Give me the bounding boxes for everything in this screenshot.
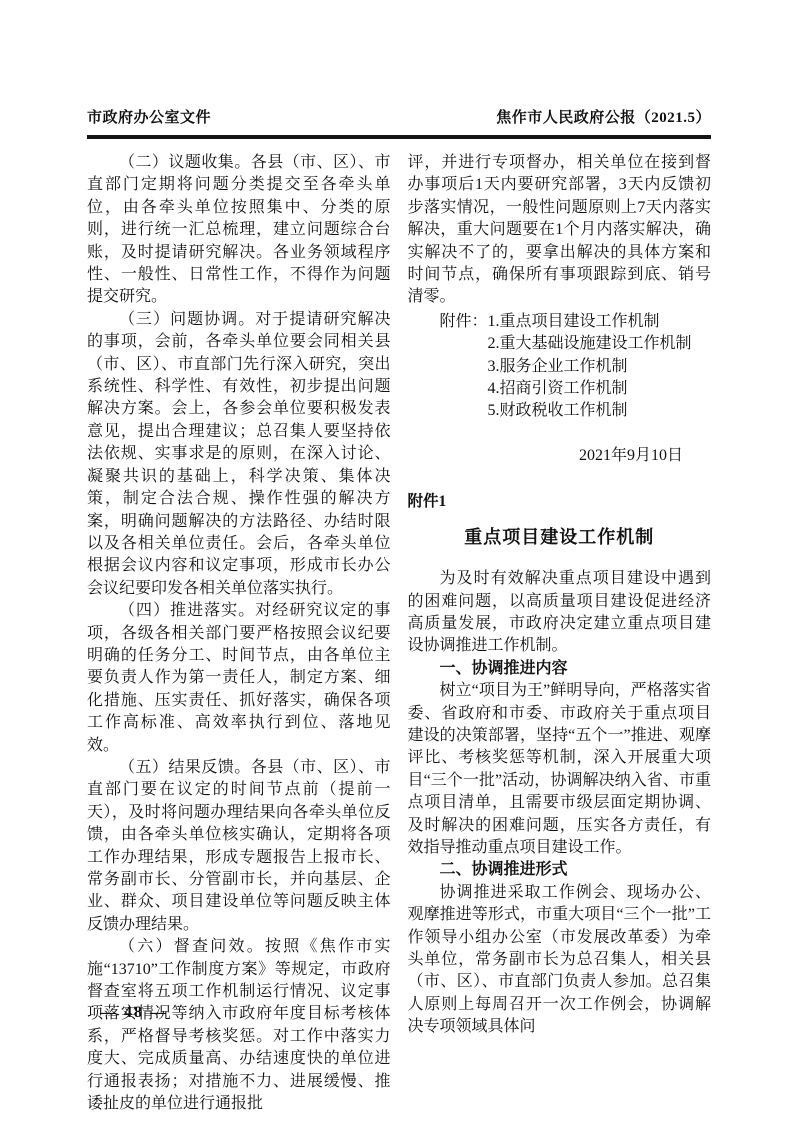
attachments-list: 附件：1.重点项目建设工作机制 2.重大基础设施建设工作机制 3.服务企业工作机… xyxy=(408,311,712,423)
document-date: 2021年9月10日 xyxy=(408,445,712,467)
continuation-paragraph: 评，并进行专项督办，相关单位在接到督办事项后1天内要研究部署，3天内反馈初步落实… xyxy=(408,152,712,309)
paragraph-item-6: （六）督查问效。按照《焦作市实施“13710”工作制度方案》等规定，市政府督查室… xyxy=(87,936,391,1115)
attachments-first-line: 附件：1.重点项目建设工作机制 xyxy=(408,311,712,333)
attachment-item: 4.招商引资工作机制 xyxy=(488,378,712,400)
section-heading-2: 二、协调推进形式 xyxy=(408,859,712,881)
paragraph-item-5: （五）结果反馈。各县（市、区）、市直部门要在议定的时间节点前（提前一天），及时将… xyxy=(87,757,391,936)
attachments-label: 附件： xyxy=(440,313,488,330)
paragraph-item-4: （四）推进落实。对经研究议定的事项，各级各相关部门要严格按照会议纪要明确的任务分… xyxy=(87,600,391,757)
header-rule xyxy=(87,135,711,139)
paragraph-item-2: （二）议题收集。各县（市、区）、市直部门定期将问题分类提交至各牵头单位，由各牵头… xyxy=(87,152,391,309)
section-2-paragraph: 协调推进采取工作例会、现场办公、观摩推进等形式，市重大项目“三个一批”工作领导小… xyxy=(408,882,712,1039)
gazette-page: 市政府办公室文件 焦作市人民政府公报（2021.5） （二）议题收集。各县（市、… xyxy=(0,0,793,1122)
attachment-item: 2.重大基础设施建设工作机制 xyxy=(488,333,712,355)
appendix-intro-paragraph: 为及时有效解决重点项目建设中遇到的困难问题，以高质量项目建设促进经济高质量发展，… xyxy=(408,568,712,658)
document-category-label: 市政府办公室文件 xyxy=(87,106,211,127)
attachment-item: 1.重点项目建设工作机制 xyxy=(488,313,660,330)
right-column: 评，并进行专项督办，相关单位在接到督办事项后1天内要研究部署，3天内反馈初步落实… xyxy=(408,152,712,1115)
attachment-item: 3.服务企业工作机制 xyxy=(488,356,712,378)
attachment-item: 5.财政税收工作机制 xyxy=(488,400,712,422)
running-head: 市政府办公室文件 焦作市人民政府公报（2021.5） xyxy=(87,106,711,127)
gazette-title: 焦作市人民政府公报（2021.5） xyxy=(496,106,711,127)
page-number: — 48 — xyxy=(100,1004,168,1022)
paragraph-item-3: （三）问题协调。对于提请研究解决的事项，会前，各牵头单位要会同相关县（市、区）、… xyxy=(87,309,391,600)
left-column: （二）议题收集。各县（市、区）、市直部门定期将问题分类提交至各牵头单位，由各牵头… xyxy=(87,152,391,1115)
body-columns: （二）议题收集。各县（市、区）、市直部门定期将问题分类提交至各牵头单位，由各牵头… xyxy=(87,152,711,1115)
section-heading-1: 一、协调推进内容 xyxy=(408,658,712,680)
section-1-paragraph: 树立“项目为王”鲜明导向，严格落实省委、省政府和市委、市政府关于重点项目建设的决… xyxy=(408,680,712,859)
appendix-title: 重点项目建设工作机制 xyxy=(408,526,712,548)
appendix-label: 附件1 xyxy=(408,491,712,513)
